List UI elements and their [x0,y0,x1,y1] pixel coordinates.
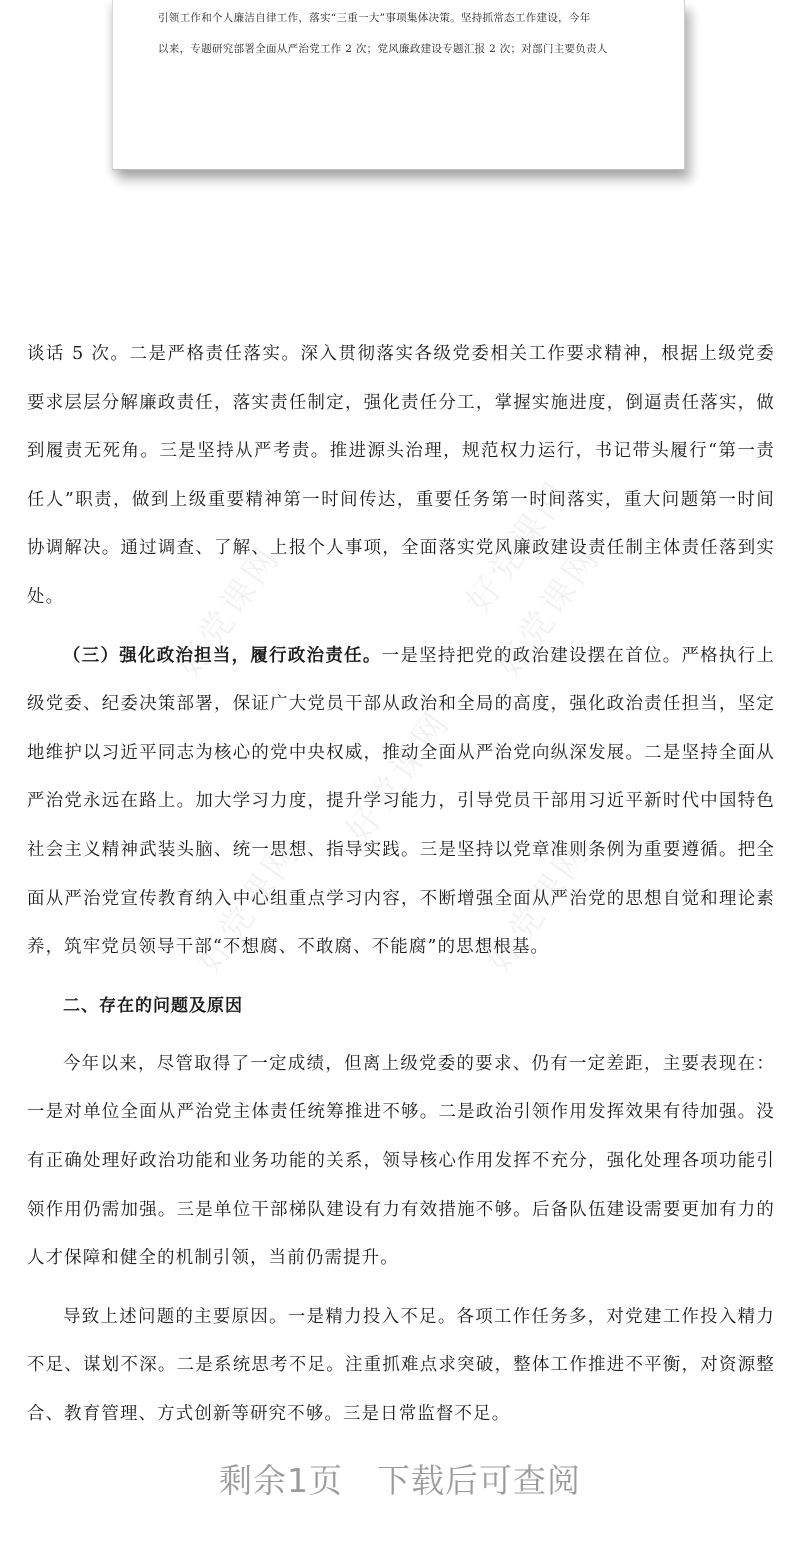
download-to-view-label: 下载后可查阅 [377,1461,581,1500]
paragraph-responsibility: 谈话 5 次。二是严格责任落实。深入贯彻落实各级党委相关工作要求精神，根据上级党… [27,330,775,622]
document-body: 谈话 5 次。二是严格责任落实。深入贯彻落实各级党委相关工作要求精神，根据上级党… [27,330,775,1438]
remaining-pages-label: 剩余1页 [219,1461,343,1500]
paragraph-causes: 导致上述问题的主要原因。一是精力投入不足。各项工作任务多，对党建工作投入精力不足… [27,1293,775,1439]
preview-line: 引领工作和个人廉洁自律工作，落实“三重一大”事项集体决策。坚持抓常态工作建设，今… [158,11,644,25]
paragraph-problems: 今年以来，尽管取得了一定成绩，但离上级党委的要求、仍有一定差距，主要表现在：一是… [27,1040,775,1283]
section-heading-problems: 二、存在的问题及原因 [27,982,775,1030]
previous-page-preview: 引领工作和个人廉洁自律工作，落实“三重一大”事项集体决策。坚持抓常态工作建设，今… [112,0,685,170]
paragraph-lead-heading: （三）强化政治担当，履行政治责任。 [63,646,382,666]
remaining-pages-prompt[interactable]: 剩余1页下载后可查阅 [0,1455,800,1502]
paragraph-political-responsibility: （三）强化政治担当，履行政治责任。一是坚持把党的政治建设摆在首位。严格执行上级党… [27,632,775,972]
preview-line: 以来，专题研究部署全面从严治党工作 2 次；党风廉政建设专题汇报 2 次；对部门… [158,42,644,56]
paragraph-body: 一是坚持把党的政治建设摆在首位。严格执行上级党委、纪委决策部署，保证广大党员干部… [27,646,775,958]
